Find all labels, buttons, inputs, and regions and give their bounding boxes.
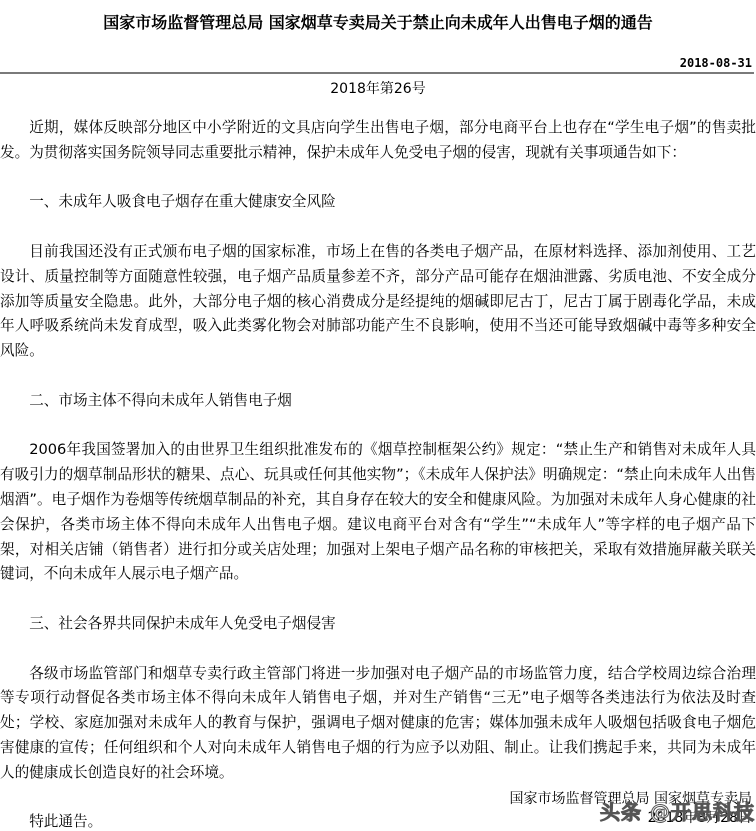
publish-date: 2018-08-31 [680, 56, 752, 70]
spacer [0, 637, 756, 662]
section-paragraph-3: 各级市场监管部门和烟草专卖行政主管部门将进一步加强对电子烟产品的市场监管力度，结… [0, 662, 756, 786]
spacer [0, 364, 756, 389]
spacer [0, 414, 756, 439]
intro-paragraph: 近期，媒体反映部分地区中小学附近的文具店向学生出售电子烟，部分电商平台上也存在“… [0, 116, 756, 166]
notice-title: 国家市场监督管理总局 国家烟草专卖局关于禁止向未成年人出售电子烟的通告 [0, 12, 756, 34]
spacer [0, 166, 756, 191]
signature-issuers: 国家市场监督管理总局 国家烟草专卖局 [510, 790, 752, 809]
section-paragraph-2: 2006年我国签署加入的由世界卫生组织批准发布的《烟草控制框架公约》规定：“禁止… [0, 438, 756, 587]
signature-date: 2018年8月28日 [510, 809, 752, 828]
spacer [0, 587, 756, 612]
spacer [0, 215, 756, 240]
section-heading-2: 二、市场主体不得向未成年人销售电子烟 [0, 389, 756, 414]
document-number: 2018年第26号 [0, 80, 756, 98]
notice-body: 近期，媒体反映部分地区中小学附近的文具店向学生出售电子烟，部分电商平台上也存在“… [0, 116, 756, 831]
header-divider [0, 72, 754, 74]
section-heading-3: 三、社会各界共同保护未成年人免受电子烟侵害 [0, 612, 756, 637]
section-heading-1: 一、未成年人吸食电子烟存在重大健康安全风险 [0, 190, 756, 215]
section-paragraph-1: 目前我国还没有正式颁布电子烟的国家标准，市场上在售的各类电子烟产品，在原材料选择… [0, 240, 756, 364]
signature-block: 国家市场监督管理总局 国家烟草专卖局 2018年8月28日 [510, 790, 752, 828]
